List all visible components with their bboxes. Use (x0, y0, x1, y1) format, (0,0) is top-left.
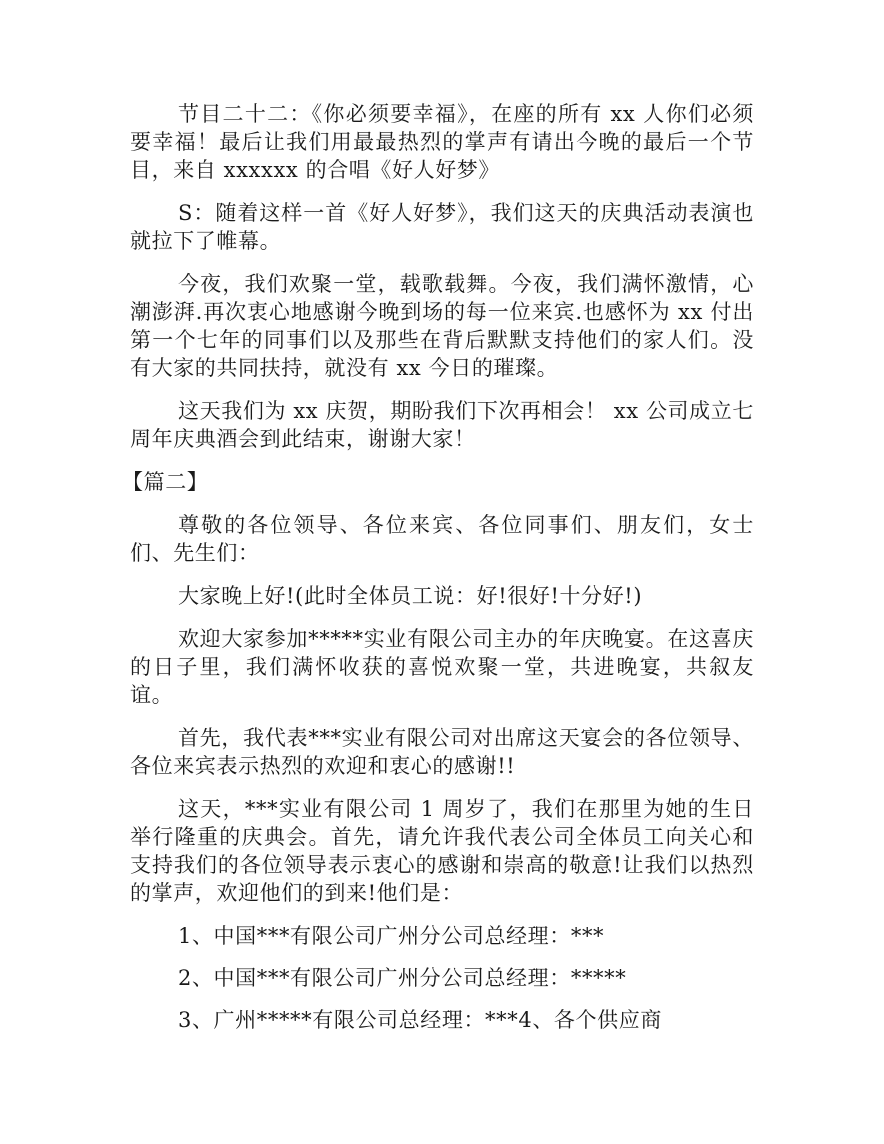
paragraph-greeting-guests: 尊敬的各位领导、各位来宾、各位同事们、朋友们，女士们、先生们： (130, 511, 754, 567)
list-item-guest-3: 3、广州*****有限公司总经理：***4、各个供应商 (130, 1006, 754, 1034)
paragraph-anniversary: 这天，***实业有限公司 1 周岁了，我们在那里为她的生日举行隆重的庆典会。首先… (130, 795, 754, 907)
list-item-guest-1: 1、中国***有限公司广州分公司总经理：*** (130, 922, 754, 950)
section-heading-part-two: 【篇二】 (122, 468, 754, 496)
paragraph-good-evening: 大家晚上好!(此时全体员工说：好!很好!十分好!) (130, 582, 754, 610)
document-page: 节目二十二：《你必须要幸福》，在座的所有 xx 人你们必须要幸福！最后让我们用最… (130, 100, 754, 1048)
paragraph-program-22: 节目二十二：《你必须要幸福》，在座的所有 xx 人你们必须要幸福！最后让我们用最… (130, 100, 754, 184)
paragraph-welcome-banquet: 欢迎大家参加*****实业有限公司主办的年庆晚宴。在这喜庆的日子里，我们满怀收获… (130, 625, 754, 709)
list-item-guest-2: 2、中国***有限公司广州分公司总经理：***** (130, 964, 754, 992)
paragraph-farewell: 这天我们为 xx 庆贺，期盼我们下次再相会！ xx 公司成立七周年庆典酒会到此结… (130, 397, 754, 453)
paragraph-thanks-leaders: 首先，我代表***实业有限公司对出席这天宴会的各位领导、各位来宾表示热烈的欢迎和… (130, 724, 754, 780)
paragraph-tonight-gathering: 今夜，我们欢聚一堂，载歌载舞。今夜，我们满怀激情，心潮澎湃.再次衷心地感谢今晚到… (130, 270, 754, 382)
paragraph-closing-performance: S：随着这样一首《好人好梦》，我们这天的庆典活动表演也就拉下了帷幕。 (130, 199, 754, 255)
